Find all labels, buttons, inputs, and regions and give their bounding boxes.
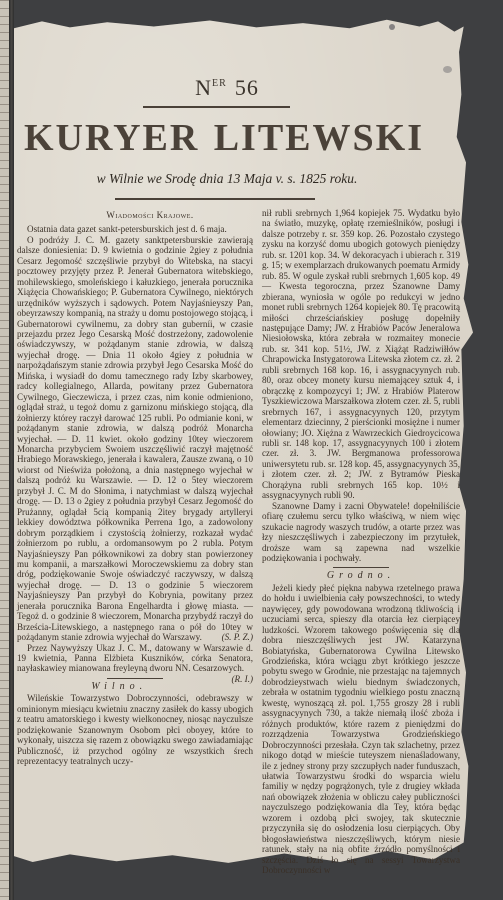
- right-column: nił rubli srebrnych 1,964 kopiejek 75. W…: [262, 208, 460, 876]
- newspaper-title: KURYER LITEWSKI: [24, 116, 424, 160]
- binding-edge: [9, 0, 14, 900]
- title-word-litewski: LITEWSKI: [214, 116, 424, 160]
- masthead-rule-top: [143, 106, 290, 108]
- place-heading-grodno: Grodno.: [262, 571, 460, 581]
- section-heading: Wiadomości Krajowe.: [47, 210, 253, 220]
- title-word-kuryer: KURYER: [24, 116, 199, 160]
- dateline: w Wilnie we Srodę dnia 13 Maja v. s. 182…: [14, 171, 440, 187]
- article-text: Przez Naywyższy Ukaz J. C. M., datowany …: [17, 643, 253, 674]
- masthead-rule-bottom: [115, 198, 315, 200]
- issue-prefix: N: [195, 75, 212, 100]
- article-paragraph: Szanowne Damy i zacni Obywatele! dopełni…: [262, 501, 460, 564]
- section-divider: [107, 678, 163, 679]
- source-signature: (R. I.): [222, 674, 253, 684]
- stain-spot: [389, 24, 395, 30]
- issue-prefix-sup: ER: [212, 78, 227, 89]
- issue-number-value: 56: [235, 75, 259, 100]
- article-paragraph: nił rubli srebrnych 1,964 kopiejek 75. W…: [262, 208, 460, 501]
- issue-number: NER56: [14, 75, 440, 101]
- article-paragraph: Przez Naywyższy Ukaz J. C. M., datowany …: [17, 643, 253, 674]
- source-signature: (S. P. Z.): [212, 632, 253, 642]
- article-paragraph: Jeżeli kiedy płeć piękna nabywa rzetelne…: [262, 583, 460, 876]
- left-column: Wiadomości Krajowe. Ostatnia data gazet …: [17, 208, 253, 767]
- article-text: O podróży J. C. M. gazety sanktpetersbur…: [17, 235, 253, 642]
- article-paragraph: Wileńskie Towarzystwo Dobroczynności, od…: [17, 693, 253, 766]
- place-heading-wilno: Wilno.: [17, 682, 253, 692]
- stain-spot: [443, 66, 452, 73]
- article-paragraph: O podróży J. C. M. gazety sanktpetersbur…: [17, 235, 253, 643]
- article-paragraph: Ostatnia data gazet sankt-petersburskich…: [17, 224, 253, 234]
- section-divider: [333, 567, 389, 568]
